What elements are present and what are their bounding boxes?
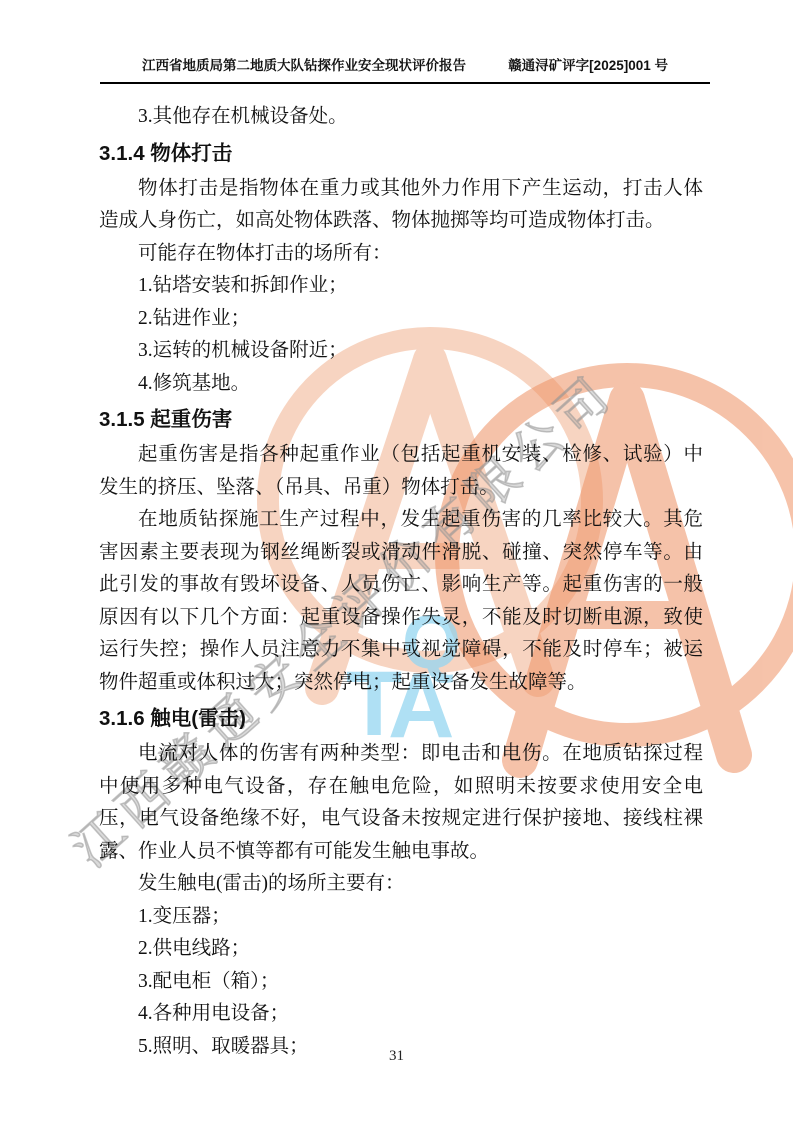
document-body: 3.其他存在机械设备处。 3.1.4 物体打击 物体打击是指物体在重力或其他外力…: [99, 101, 703, 1063]
list-item: 3.配电柜（箱）；: [99, 966, 703, 999]
section-heading-3-1-5: 3.1.5 起重伤害: [99, 400, 703, 439]
list-item: 2.供电线路；: [99, 933, 703, 966]
section-heading-3-1-6: 3.1.6 触电(雷击): [99, 699, 703, 738]
paragraph: 电流对人体的伤害有两种类型：即电击和电伤。在地质钻探过程中使用多种电气设备，存在…: [99, 738, 703, 868]
document-page: 江西赣通安全评价有限公司 Q T A 江西省地质局第二地质大队钻探作业安全现状评…: [0, 0, 793, 1122]
section-heading-3-1-4: 3.1.4 物体打击: [99, 134, 703, 173]
list-item: 3.其他存在机械设备处。: [99, 101, 703, 134]
list-item: 1.变压器；: [99, 901, 703, 934]
paragraph: 起重伤害是指各种起重作业（包括起重机安装、检修、试验）中发生的挤压、坠落、（吊具…: [99, 439, 703, 504]
header-doc-number: 赣通浔矿评字[2025]001 号: [508, 58, 710, 74]
header-report-title: 江西省地质局第二地质大队钻探作业安全现状评价报告: [100, 58, 466, 74]
page-number: 31: [0, 1048, 793, 1065]
list-item: 1.钻塔安装和拆卸作业；: [99, 270, 703, 303]
list-item: 4.修筑基地。: [99, 368, 703, 401]
paragraph: 发生触电(雷击)的场所主要有：: [99, 868, 703, 901]
paragraph: 物体打击是指物体在重力或其他外力作用下产生运动，打击人体造成人身伤亡，如高处物体…: [99, 173, 703, 238]
paragraph: 可能存在物体打击的场所有：: [99, 238, 703, 271]
page-header: 江西省地质局第二地质大队钻探作业安全现状评价报告 赣通浔矿评字[2025]001…: [100, 58, 710, 84]
list-item: 2.钻进作业；: [99, 303, 703, 336]
list-item: 3.运转的机械设备附近；: [99, 335, 703, 368]
list-item: 4.各种用电设备；: [99, 998, 703, 1031]
paragraph: 在地质钻探施工生产过程中，发生起重伤害的几率比较大。其危害因素主要表现为钢丝绳断…: [99, 504, 703, 699]
